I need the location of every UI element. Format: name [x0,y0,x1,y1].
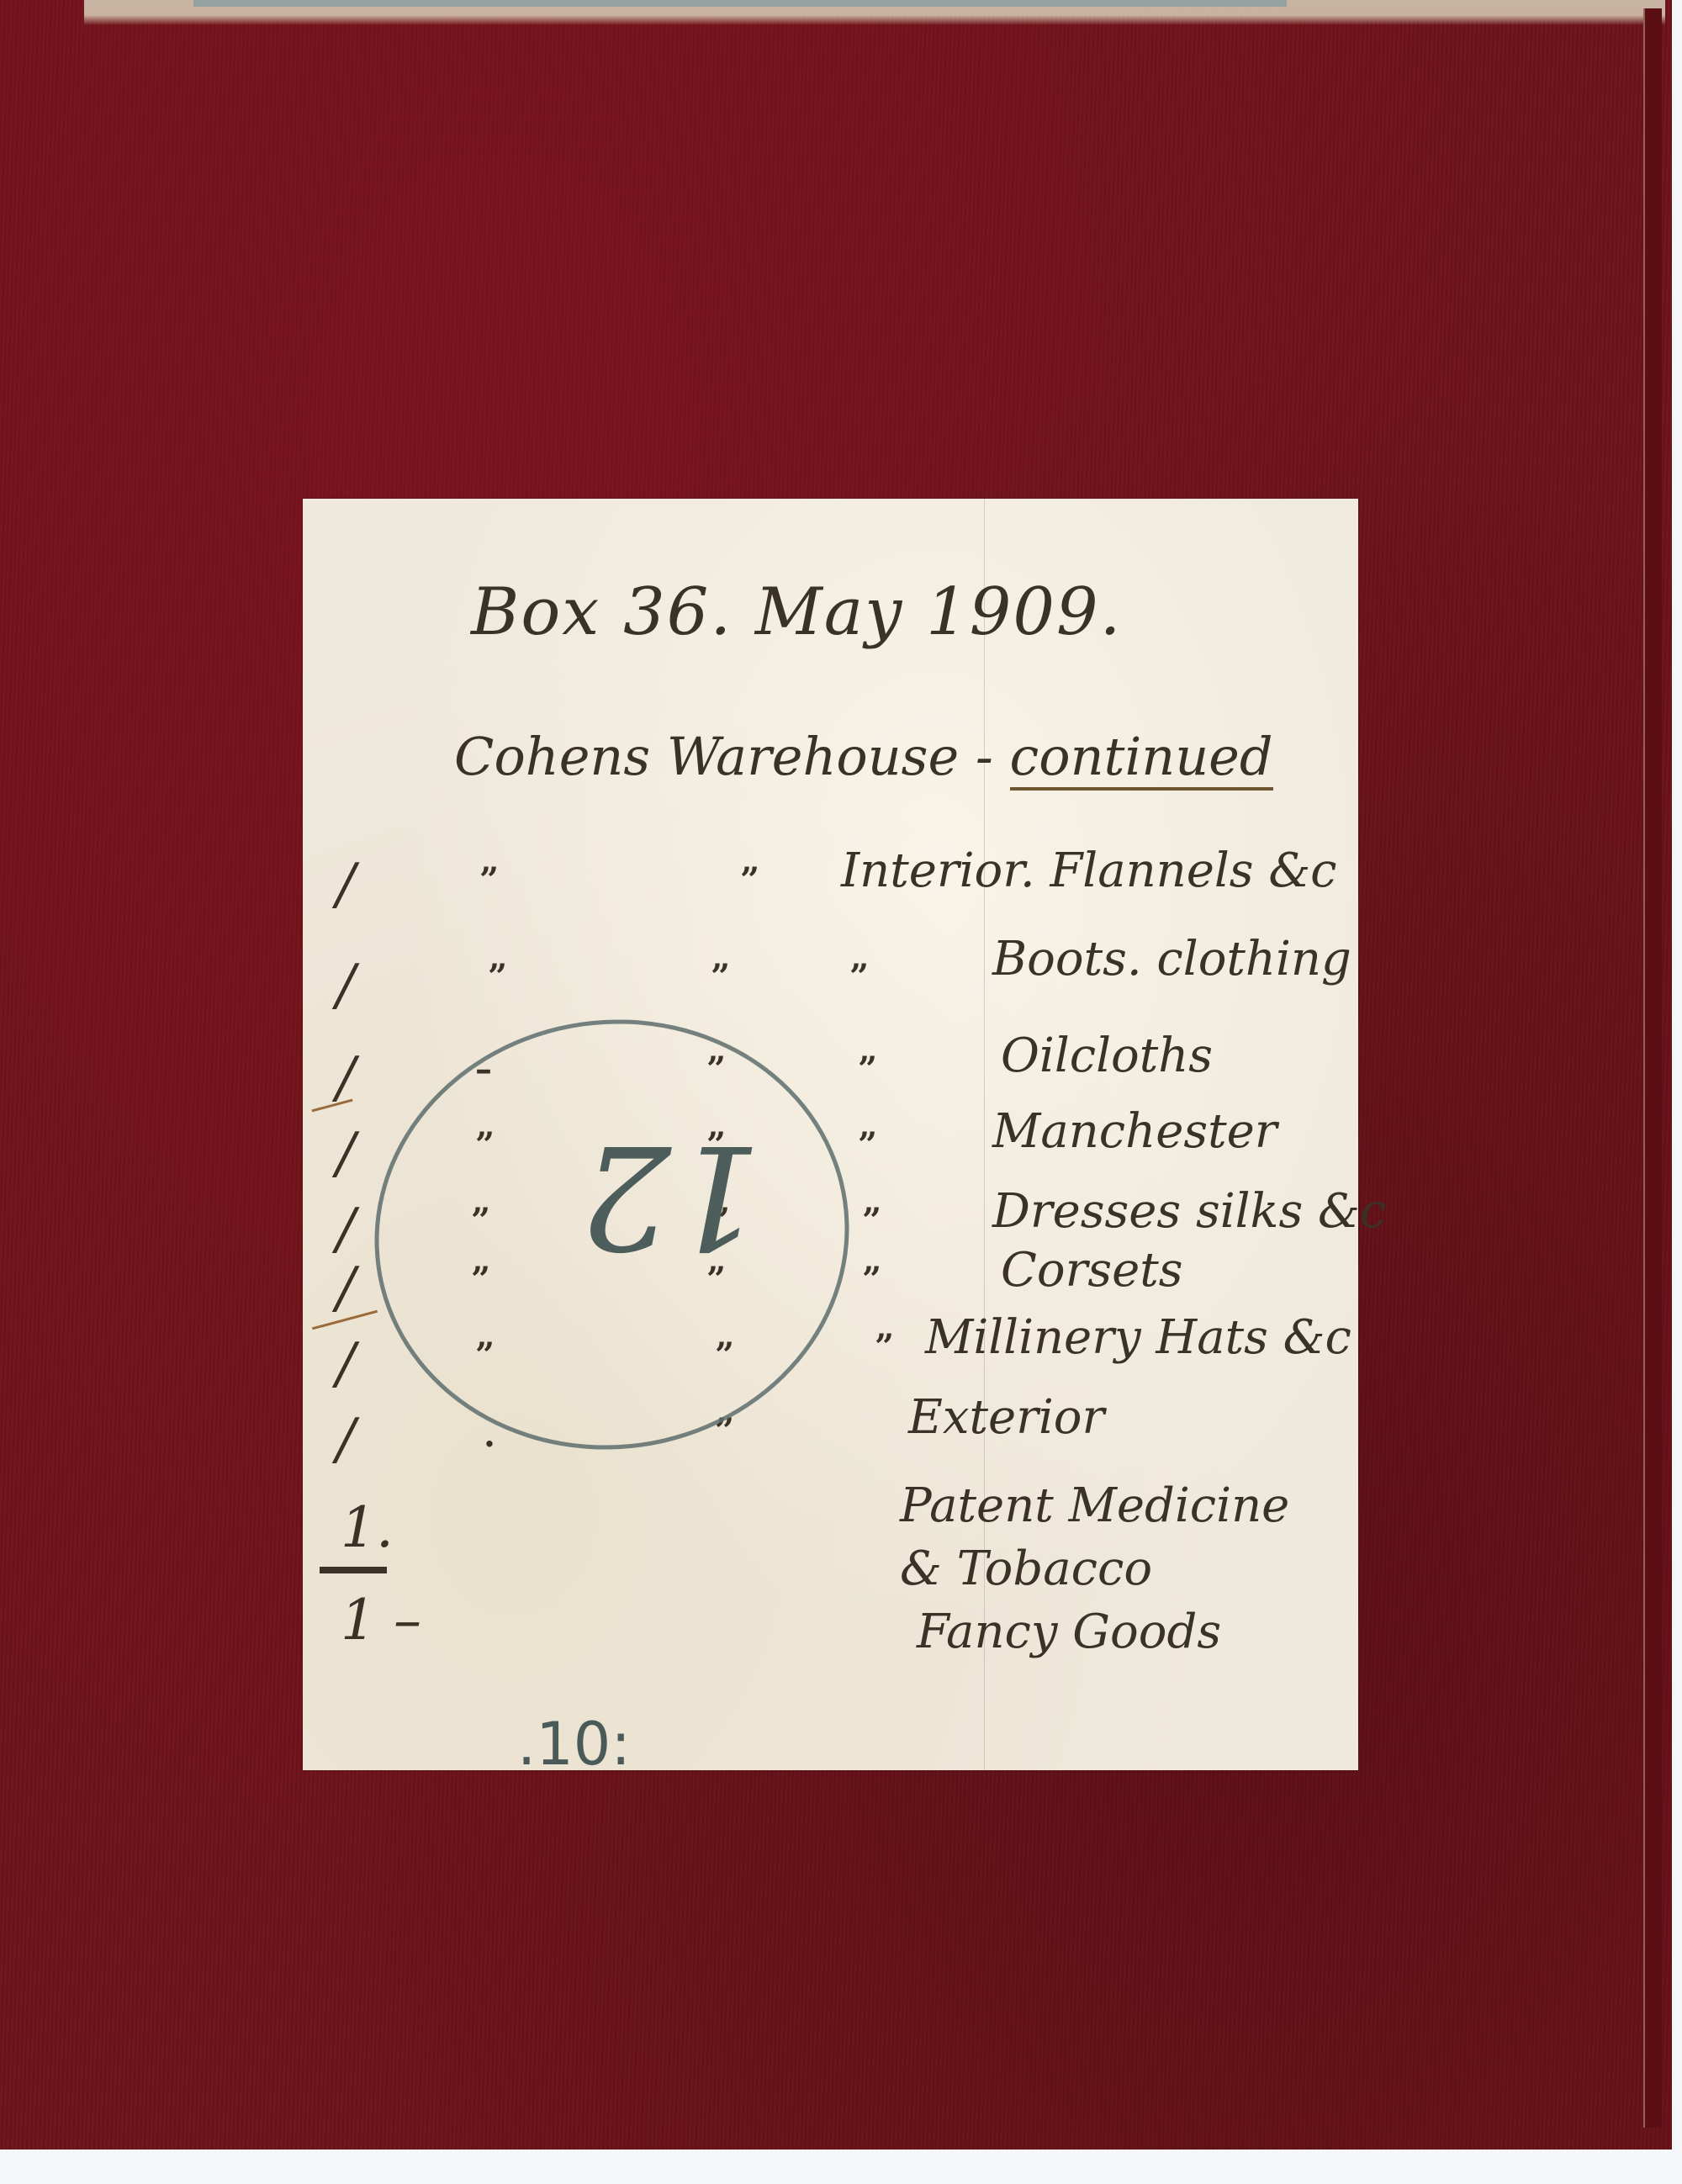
ditto-mark: ” [858,1050,877,1089]
subtitle-continued: continued [1010,726,1273,791]
cover-spine-strip [193,0,1287,7]
ditto-mark: ” [711,957,730,997]
ditto-mark: ” [875,1327,894,1367]
ditto-mark: ” [858,1125,877,1165]
page-number: .10: [517,1710,631,1779]
tally-mark: / [336,1407,355,1472]
total-line [320,1567,387,1573]
tally-mark: / [336,953,355,1018]
tally-mark: / [336,1197,355,1261]
tally-mark: / [336,1256,355,1320]
list-item: Exterior [908,1390,1104,1445]
cover-right-edge [1643,8,1662,2128]
tally-mark: 1 – [341,1588,421,1653]
ditto-mark: ” [488,957,507,997]
ditto-mark: ” [849,957,869,997]
tally-mark: / [336,852,355,917]
tally-mark: 1. [341,1495,394,1560]
ditto-mark: ” [862,1201,881,1240]
handwritten-note: Box 36. May 1909. Cohens Warehouse - con… [303,499,1358,1770]
ditto-mark: ” [740,860,759,900]
note-subtitle: Cohens Warehouse - continued [454,726,1273,787]
list-item: Fancy Goods [917,1605,1221,1659]
list-item: Corsets [1001,1243,1182,1298]
circled-number: 12 [580,1113,762,1279]
ditto-mark: ” [479,860,499,900]
list-item: Patent Medicine [900,1478,1289,1533]
list-item: Dresses silks &c [992,1184,1386,1239]
tally-mark: / [336,1121,355,1186]
subtitle-prefix: Cohens Warehouse - [454,726,1010,787]
list-item: & Tobacco [900,1541,1152,1596]
list-item: Millinery Hats &c [925,1310,1351,1365]
list-item: Manchester [992,1104,1277,1159]
list-item: Oilcloths [1001,1029,1213,1083]
list-item: Boots. clothing [992,932,1351,986]
tally-mark: / [336,1331,355,1396]
ditto-mark: ” [862,1260,881,1299]
note-title: Box 36. May 1909. [471,574,1122,650]
list-item: Interior. Flannels &c [841,843,1337,898]
